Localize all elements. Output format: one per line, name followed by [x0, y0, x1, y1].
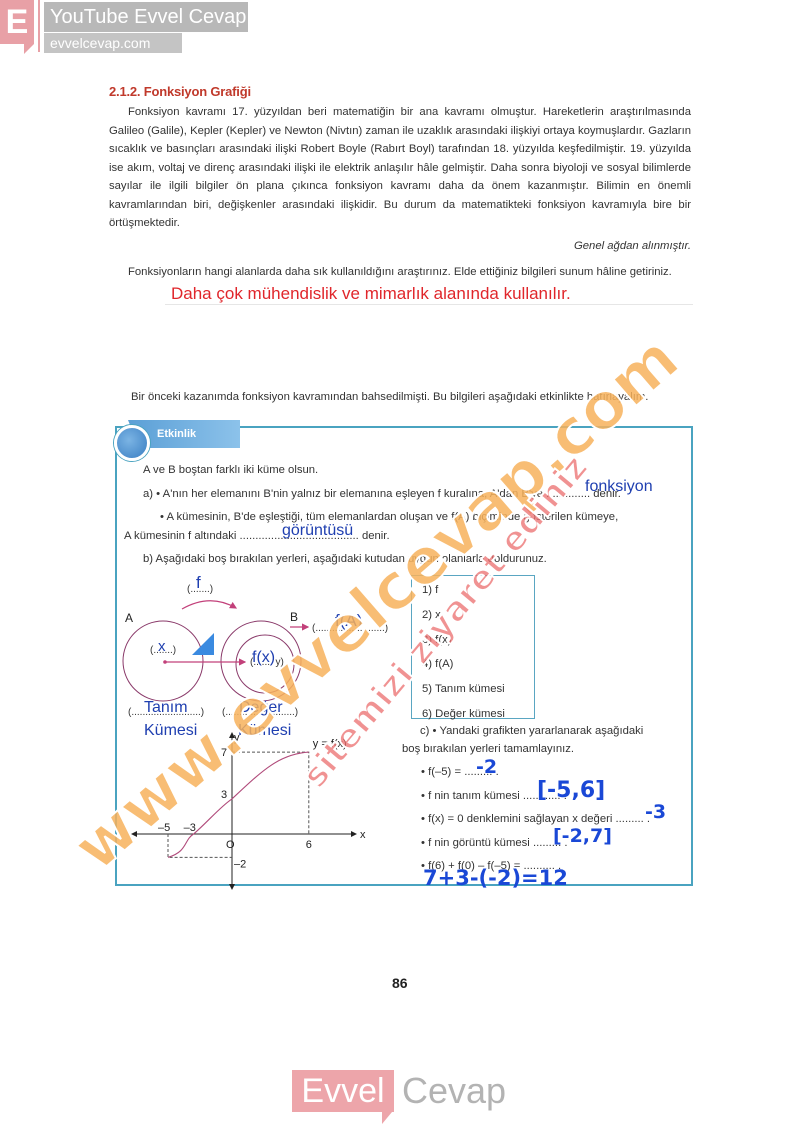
- handwritten-answer: -2: [476, 756, 497, 778]
- triangle-icon: [192, 633, 214, 655]
- svg-text:x: x: [360, 829, 366, 841]
- svg-text:Değer: Değer: [239, 699, 283, 716]
- question-c-line2: boş bırakılan yerleri tamamlayınız.: [402, 743, 574, 755]
- fill-in-item: • f(x) = 0 denklemini sağlayan x değeri …: [421, 813, 650, 825]
- section-paragraph: Fonksiyon kavramı 17. yüzyıldan beri mat…: [109, 103, 691, 233]
- question-b: b) Aşağıdaki boş bırakılan yerleri, aşağ…: [143, 553, 547, 565]
- intro-text: Bir önceki kazanımda fonksiyon kavramınd…: [131, 391, 648, 403]
- svg-text:–3: –3: [184, 822, 196, 834]
- choice-item: 1) f: [422, 578, 534, 603]
- question-a2: • A kümesinin, B'de eşleştiği, tüm elema…: [160, 511, 618, 523]
- page-number: 86: [392, 975, 408, 991]
- svg-text:y = f(x): y = f(x): [313, 738, 347, 750]
- choices-box: 1) f2) x3) f(x)4) f(A)5) Tanım kümesi6) …: [411, 575, 535, 719]
- svg-text:y: y: [234, 732, 240, 744]
- choice-item: 3) f(x): [422, 628, 534, 653]
- choice-item: 6) Değer kümesi: [422, 702, 534, 727]
- question-c-line1: c) • Yandaki grafikten yararlanarak aşağ…: [420, 725, 643, 737]
- answer-a1: fonksiyon: [585, 478, 653, 496]
- research-question: Fonksiyonların hangi alanlarda daha sık …: [109, 263, 691, 282]
- handwritten-answer: -3: [645, 801, 666, 823]
- activity-line1: A ve B boştan farklı iki küme olsun.: [143, 464, 318, 476]
- set-mapping-diagram: A B (.......) f (.......) x (....... y) …: [110, 565, 410, 745]
- choice-item: 4) f(A): [422, 652, 534, 677]
- svg-text:–5: –5: [158, 822, 170, 834]
- final-answer: 7+3-(-2)=12: [423, 866, 568, 890]
- brand-logo-letter: E: [0, 0, 34, 44]
- choice-item: 2) x: [422, 603, 534, 628]
- logo-divider: [38, 0, 40, 52]
- footer-brand-evvel: Evvel: [292, 1070, 394, 1112]
- svg-text:B: B: [290, 610, 298, 624]
- activity-badge-icon: [114, 425, 150, 461]
- svg-text:Tanım: Tanım: [144, 699, 188, 716]
- brand-site-label: evvelcevap.com: [44, 33, 182, 53]
- svg-text:f(A): f(A): [335, 611, 362, 630]
- handwritten-answer: [-5,6]: [537, 778, 605, 803]
- svg-text:A: A: [125, 611, 133, 625]
- answer-a2: görüntüsü: [282, 522, 353, 540]
- section-title: 2.1.2. Fonksiyon Grafiği: [109, 84, 251, 99]
- svg-text:f: f: [196, 573, 201, 592]
- handwritten-answer: [-2,7]: [553, 825, 612, 847]
- function-graph: xyO–5–3673–2y = f(x): [120, 725, 380, 895]
- svg-text:6: 6: [306, 839, 312, 851]
- svg-text:–2: –2: [234, 858, 246, 870]
- question-a1: a) • A'nın her elemanını B'nin yalnız bi…: [143, 488, 621, 500]
- activity-tab-label: Etkinlik: [157, 428, 196, 440]
- research-answer: Daha çok mühendislik ve mimarlık alanınd…: [171, 284, 571, 304]
- fill-in-item: • f nin görüntü kümesi ......... .: [421, 837, 568, 849]
- svg-text:x: x: [158, 638, 166, 655]
- footer-brand-cevap: Cevap: [402, 1070, 506, 1112]
- source-note: Genel ağdan alınmıştır.: [574, 240, 691, 252]
- answer-line: [165, 304, 693, 305]
- brand-channel-label: YouTube Evvel Cevap: [44, 2, 248, 32]
- svg-text:f(x): f(x): [252, 649, 275, 666]
- svg-text:O: O: [226, 839, 235, 851]
- svg-text:3: 3: [221, 789, 227, 801]
- svg-text:7: 7: [221, 747, 227, 759]
- choice-item: 5) Tanım kümesi: [422, 677, 534, 702]
